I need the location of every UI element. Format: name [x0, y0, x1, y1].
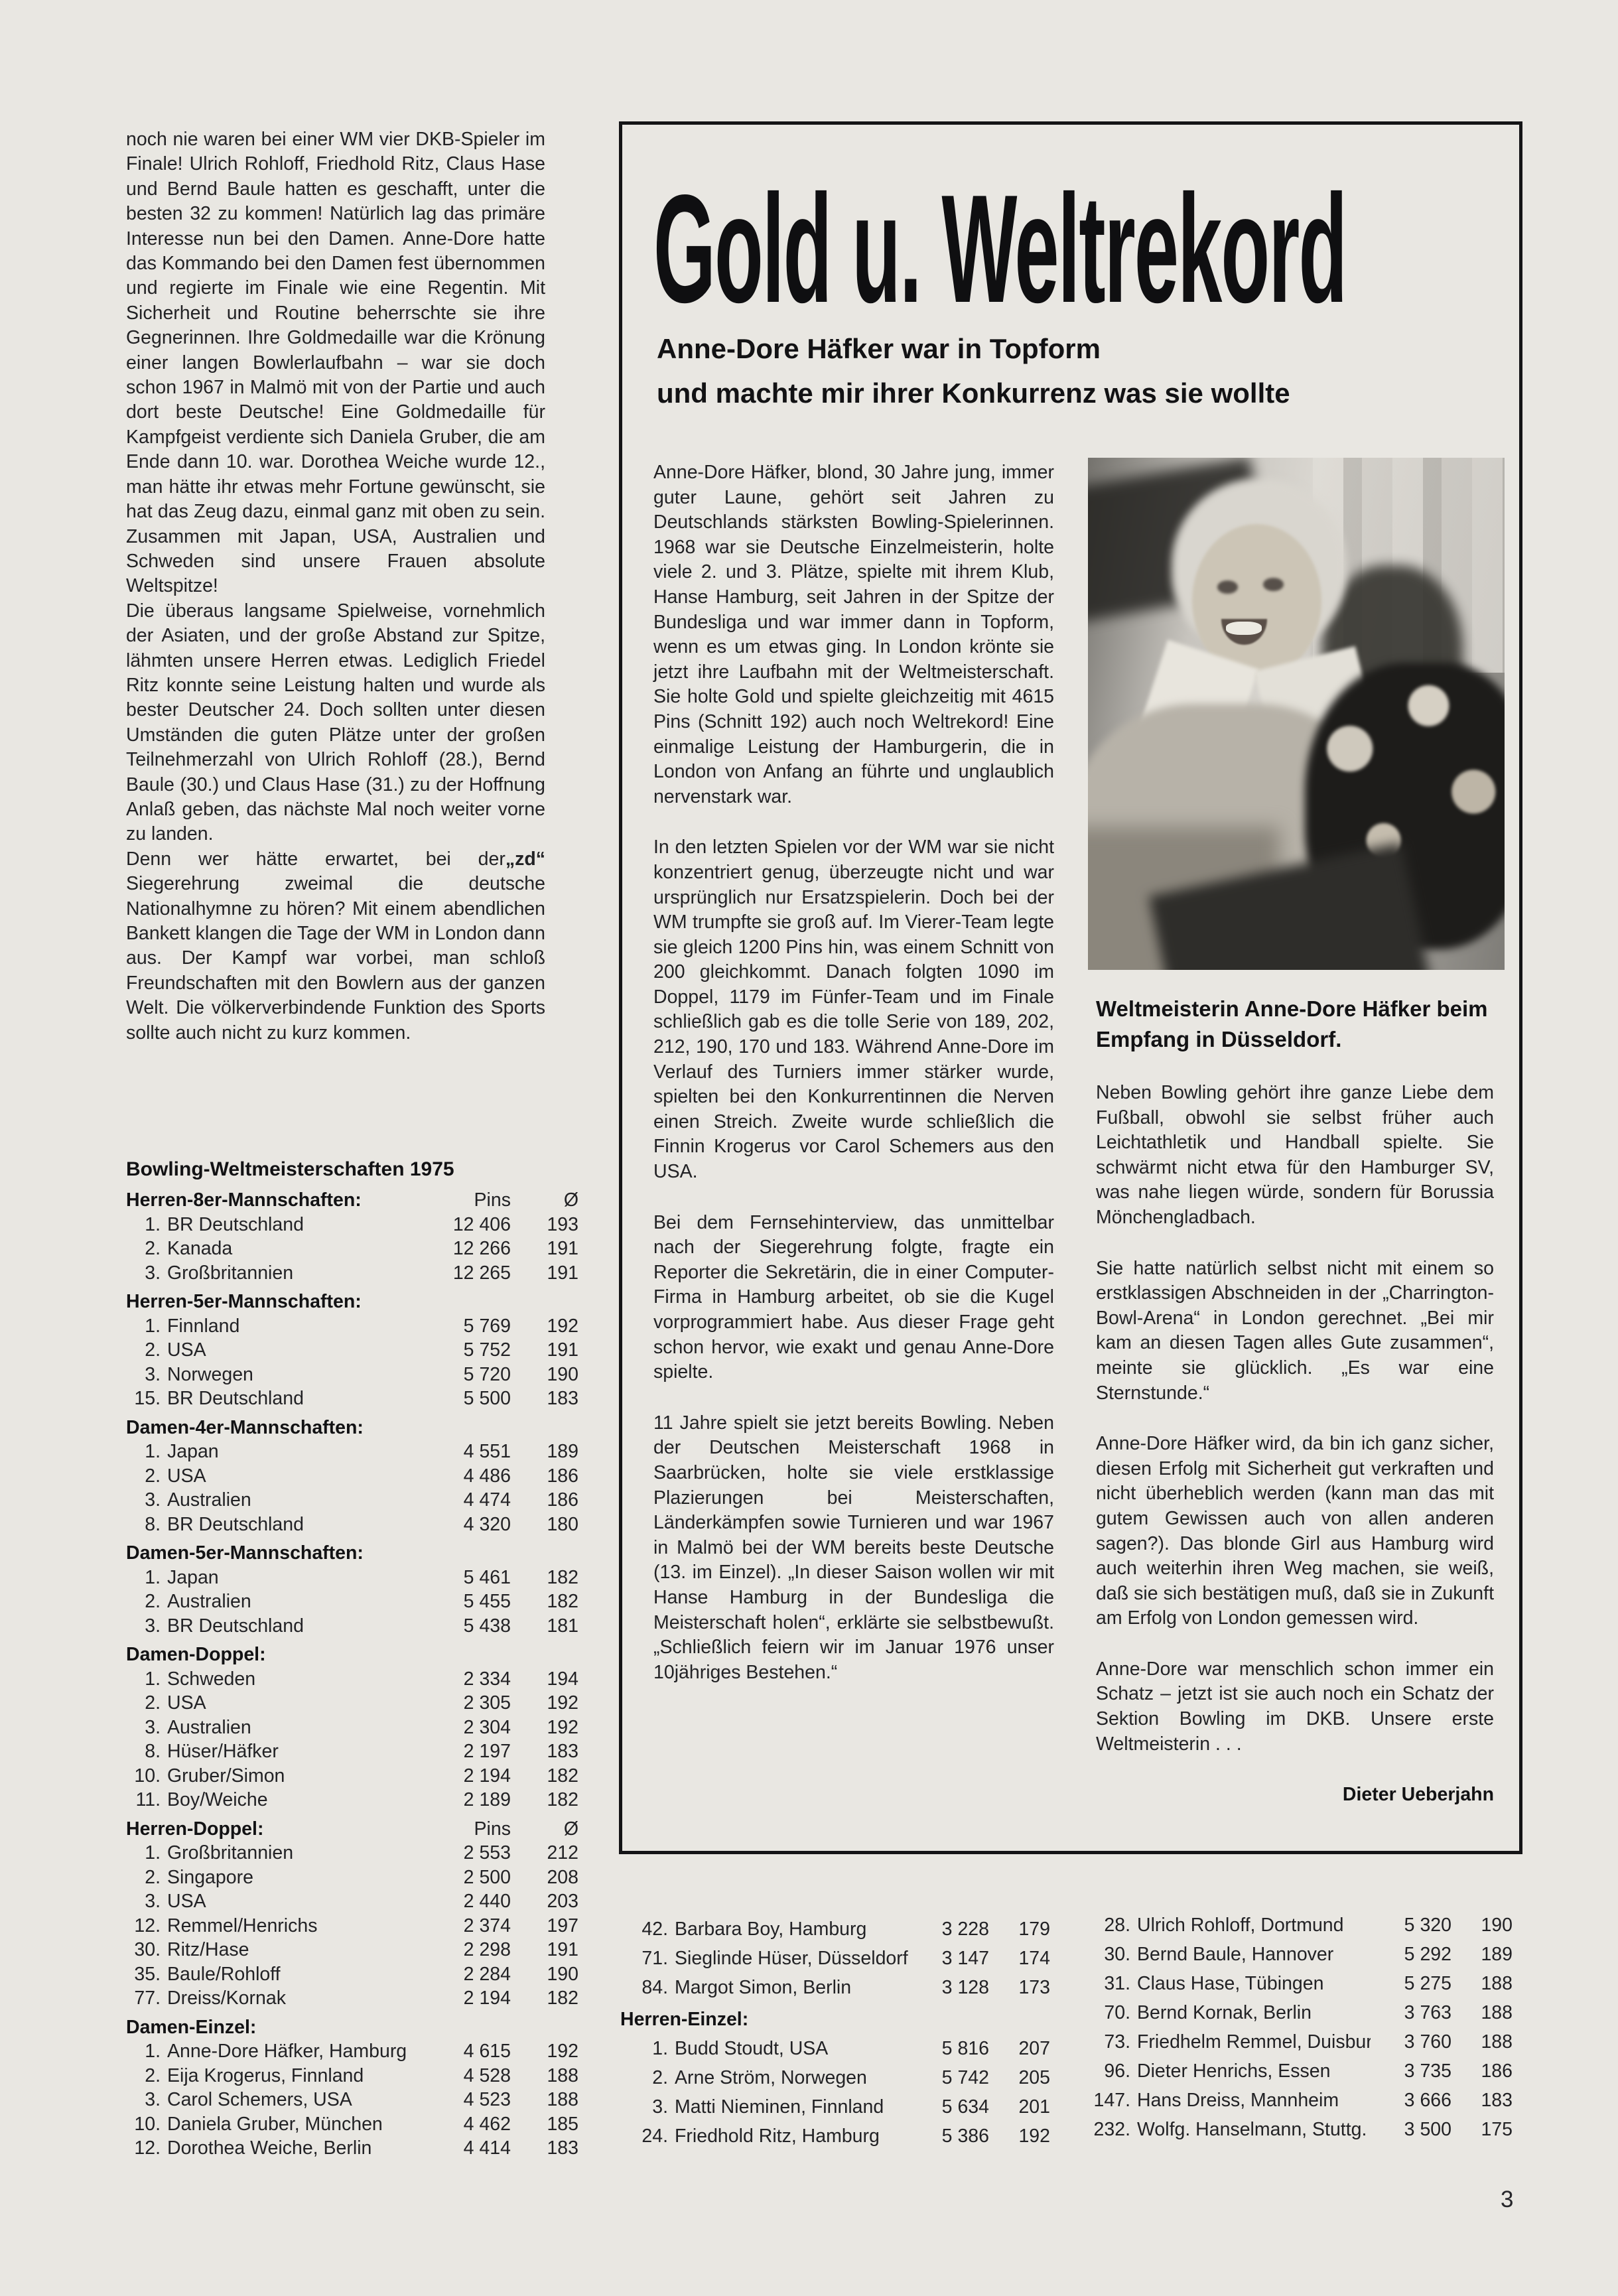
name-cell: Friedhelm Remmel, Duisburg [1137, 2027, 1371, 2057]
table-row: 1.BR Deutschland12 406193 [126, 1213, 578, 1237]
avg-cell: 192 [517, 1716, 578, 1740]
avg-cell: 180 [517, 1513, 578, 1537]
avg-header [517, 2015, 578, 2040]
name-cell: BR Deutschland [167, 1614, 426, 1639]
table-row: 1.Finnland5 769192 [126, 1314, 578, 1339]
name-cell: Friedhold Ritz, Hamburg [675, 2122, 908, 2151]
table-row: 8.Hüser/Häfker2 197183 [126, 1739, 578, 1764]
avg-cell: 191 [517, 1338, 578, 1363]
rank-cell: 147. [1083, 2086, 1130, 2115]
table-row: 3.BR Deutschland5 438181 [126, 1614, 578, 1639]
pins-cell: 3 128 [915, 1973, 989, 2002]
name-cell: Gruber/Simon [167, 1764, 426, 1789]
pins-cell: 2 194 [433, 1986, 511, 2011]
avg-cell: 207 [996, 2034, 1050, 2063]
article-right-column: Weltmeisterin Anne-Dore Häfker beim Empf… [1096, 994, 1494, 1834]
article-middle-column: Anne-Dore Häfker, blond, 30 Jahre jung, … [653, 460, 1054, 1711]
avg-cell: 188 [517, 2088, 578, 2112]
table-row: 42.Barbara Boy, Hamburg3 228179 [620, 1915, 1050, 1944]
pins-cell: 3 228 [915, 1915, 989, 1944]
section-header: Damen-Doppel: [126, 1643, 578, 1667]
table-row: 30.Ritz/Hase2 298191 [126, 1938, 578, 1962]
table-row: 35.Baule/Rohloff2 284190 [126, 1962, 578, 1987]
pins-cell: 2 553 [433, 1841, 511, 1865]
pins-cell: 4 551 [433, 1440, 511, 1464]
table-row: 77.Dreiss/Kornak2 194182 [126, 1986, 578, 2011]
table-row: 15.BR Deutschland5 500183 [126, 1386, 578, 1411]
section-title: Herren-Doppel: [126, 1817, 426, 1842]
table-row: 70.Bernd Kornak, Berlin3 763188 [1083, 1998, 1513, 2027]
avg-header [517, 1416, 578, 1440]
table-row: 1.Schweden2 334194 [126, 1667, 578, 1692]
avg-header [996, 2002, 1050, 2034]
rank-cell: 12. [126, 2136, 161, 2161]
avg-cell: 192 [517, 1314, 578, 1339]
table-row: 71.Sieglinde Hüser, Düsseldorf3 147174 [620, 1944, 1050, 1973]
rank-cell: 2. [126, 1865, 161, 1890]
section-header: Damen-4er-Mannschaften: [126, 1416, 578, 1440]
rank-cell: 3. [620, 2092, 668, 2122]
table-row: 1.Budd Stoudt, USA5 816207 [620, 2034, 1050, 2063]
pins-cell: 5 275 [1377, 1969, 1451, 1998]
table-row: 2.USA2 305192 [126, 1691, 578, 1716]
name-cell: Sieglinde Hüser, Düsseldorf [675, 1944, 908, 1973]
name-cell: Japan [167, 1566, 426, 1590]
pins-cell: 2 304 [433, 1716, 511, 1740]
rank-cell: 3. [126, 1889, 161, 1914]
subtitle-line-2: und machte mir ihrer Konkurrenz was sie … [657, 371, 1290, 415]
section-header: Herren-8er-Mannschaften: Pins Ø [126, 1188, 578, 1213]
avg-cell: 186 [517, 1464, 578, 1489]
avg-cell: 192 [517, 1691, 578, 1716]
pins-cell: 2 194 [433, 1764, 511, 1789]
name-cell: Anne-Dore Häfker, Hamburg [167, 2039, 426, 2064]
pins-cell: 2 500 [433, 1865, 511, 1890]
name-cell: Daniela Gruber, München [167, 2112, 426, 2137]
pins-cell: 5 816 [915, 2034, 989, 2063]
rank-cell: 1. [126, 1566, 161, 1590]
rank-cell: 42. [620, 1915, 668, 1944]
pins-cell: 4 615 [433, 2039, 511, 2064]
paragraph: Anne-Dore Häfker, blond, 30 Jahre jung, … [653, 460, 1054, 809]
name-cell: Remmel/Henrichs [167, 1914, 426, 1938]
article-headline: Gold u. Weltrekord [653, 171, 1346, 328]
paragraph: Die überaus langsame Spielweise, vornehm… [126, 599, 545, 847]
rank-cell: 30. [1083, 1940, 1130, 1969]
name-cell: Australien [167, 1488, 426, 1513]
pins-cell: 4 474 [433, 1488, 511, 1513]
section-title: Herren-5er-Mannschaften: [126, 1290, 426, 1314]
avg-cell: 182 [517, 1764, 578, 1789]
name-cell: Ritz/Hase [167, 1938, 426, 1962]
rank-cell: 3. [126, 1716, 161, 1740]
rank-cell: 1. [126, 2039, 161, 2064]
rank-cell: 8. [126, 1739, 161, 1764]
author-initials: „zd“ [506, 847, 545, 872]
bottom-table-left: 42.Barbara Boy, Hamburg3 228179 71.Siegl… [620, 1915, 1050, 2151]
paragraph: In den letzten Spielen vor der WM war si… [653, 835, 1054, 1184]
table-row: 232.Wolfg. Hanselmann, Stuttg.3 500175 [1083, 2115, 1513, 2144]
avg-cell: 182 [517, 1589, 578, 1614]
avg-cell: 203 [517, 1889, 578, 1914]
table-row: 2.Arne Ström, Norwegen5 742205 [620, 2063, 1050, 2092]
name-cell: Boy/Weiche [167, 1788, 426, 1812]
section-header: Damen-5er-Mannschaften: [126, 1541, 578, 1566]
table-row: 10.Daniela Gruber, München4 462185 [126, 2112, 578, 2137]
subtitle-line-1: Anne-Dore Häfker war in Topform [657, 326, 1290, 371]
avg-cell: 182 [517, 1566, 578, 1590]
name-cell: Australien [167, 1589, 426, 1614]
avg-cell: 183 [1458, 2086, 1513, 2115]
avg-cell: 191 [517, 1261, 578, 1286]
name-cell: Claus Hase, Tübingen [1137, 1969, 1371, 1998]
table-row: 2.Eija Krogerus, Finnland4 528188 [126, 2064, 578, 2088]
name-cell: USA [167, 1464, 426, 1489]
name-cell: Margot Simon, Berlin [675, 1973, 908, 2002]
pins-cell: 3 760 [1377, 2027, 1451, 2057]
avg-header [517, 1541, 578, 1566]
rank-cell: 10. [126, 2112, 161, 2137]
table-row: 2.USA4 486186 [126, 1464, 578, 1489]
name-cell: Carol Schemers, USA [167, 2088, 426, 2112]
pins-cell: 2 305 [433, 1691, 511, 1716]
pins-cell: 4 528 [433, 2064, 511, 2088]
avg-cell: 188 [517, 2064, 578, 2088]
avg-cell: 175 [1458, 2115, 1513, 2144]
pins-cell: 5 455 [433, 1589, 511, 1614]
avg-cell: 183 [517, 2136, 578, 2161]
avg-cell: 174 [996, 1944, 1050, 1973]
name-cell: BR Deutschland [167, 1386, 426, 1411]
pins-header [433, 1643, 511, 1667]
pins-cell: 2 374 [433, 1914, 511, 1938]
name-cell: Baule/Rohloff [167, 1962, 426, 1987]
section-header: Herren-5er-Mannschaften: [126, 1290, 578, 1314]
pins-cell: 3 735 [1377, 2057, 1451, 2086]
name-cell: USA [167, 1691, 426, 1716]
rank-cell: 3. [126, 1614, 161, 1639]
rank-cell: 2. [126, 1237, 161, 1261]
avg-cell: 189 [517, 1440, 578, 1464]
name-cell: Bernd Baule, Hannover [1137, 1940, 1371, 1969]
pins-header [433, 1290, 511, 1314]
table-row: 31.Claus Hase, Tübingen5 275188 [1083, 1969, 1513, 1998]
pins-cell: 3 500 [1377, 2115, 1451, 2144]
avg-header [517, 1290, 578, 1314]
avg-cell: 192 [996, 2122, 1050, 2151]
table-row: 147.Hans Dreiss, Mannheim3 666183 [1083, 2086, 1513, 2115]
section-title: Damen-Doppel: [126, 1643, 426, 1667]
rank-cell: 71. [620, 1944, 668, 1973]
paragraph-text: Denn wer hätte erwartet, bei der Siegere… [126, 848, 545, 1044]
page-number: 3 [1501, 2187, 1513, 2213]
pins-cell: 5 292 [1377, 1940, 1451, 1969]
avg-header: Ø [517, 1188, 578, 1213]
table-row: 12.Remmel/Henrichs2 374197 [126, 1914, 578, 1938]
paragraph: Anne-Dore war menschlich schon immer ein… [1096, 1657, 1494, 1757]
avg-header [517, 1643, 578, 1667]
table-row: 8.BR Deutschland4 320180 [126, 1513, 578, 1537]
pins-cell: 5 769 [433, 1314, 511, 1339]
rank-cell: 3. [126, 2088, 161, 2112]
rank-cell: 77. [126, 1986, 161, 2011]
table-row: 3.Carol Schemers, USA4 523188 [126, 2088, 578, 2112]
name-cell: USA [167, 1889, 426, 1914]
pins-header: Pins [433, 1817, 511, 1842]
rank-cell: 70. [1083, 1998, 1130, 2027]
pins-cell: 5 320 [1377, 1911, 1451, 1940]
rank-cell: 35. [126, 1962, 161, 1987]
name-cell: Eija Krogerus, Finnland [167, 2064, 426, 2088]
table-row: 28.Ulrich Rohloff, Dortmund5 320190 [1083, 1911, 1513, 1940]
section-title: Damen-5er-Mannschaften: [126, 1541, 426, 1566]
table-row: 84.Margot Simon, Berlin3 128173 [620, 1973, 1050, 2002]
name-cell: Australien [167, 1716, 426, 1740]
rank-cell: 10. [126, 1764, 161, 1789]
paragraph: 11 Jahre spielt sie jetzt bereits Bowlin… [653, 1411, 1054, 1686]
rank-cell: 1. [126, 1440, 161, 1464]
rank-cell: 15. [126, 1386, 161, 1411]
avg-cell: 179 [996, 1915, 1050, 1944]
avg-cell: 208 [517, 1865, 578, 1890]
results-title: Bowling-Weltmeisterschaften 1975 [126, 1156, 578, 1183]
rank-cell: 1. [620, 2034, 668, 2063]
paragraph: Anne-Dore Häfker wird, da bin ich ganz s… [1096, 1432, 1494, 1631]
avg-cell: 205 [996, 2063, 1050, 2092]
pins-cell: 2 284 [433, 1962, 511, 1987]
pins-cell: 3 763 [1377, 1998, 1451, 2027]
pins-header [433, 2015, 511, 2040]
name-cell: Finnland [167, 1314, 426, 1339]
pins-cell: 5 752 [433, 1338, 511, 1363]
name-cell: Hüser/Häfker [167, 1739, 426, 1764]
avg-cell: 190 [1458, 1911, 1513, 1940]
name-cell: Japan [167, 1440, 426, 1464]
name-cell: Barbara Boy, Hamburg [675, 1915, 908, 1944]
author-name: Dieter Ueberjahn [1096, 1783, 1494, 1808]
name-cell: Ulrich Rohloff, Dortmund [1137, 1911, 1371, 1940]
rank-cell: 2. [126, 2064, 161, 2088]
table-row: 73.Friedhelm Remmel, Duisburg3 760188 [1083, 2027, 1513, 2057]
section-title: Damen-4er-Mannschaften: [126, 1416, 426, 1440]
rank-cell: 12. [126, 1914, 161, 1938]
section-header: Herren-Doppel: Pins Ø [126, 1817, 578, 1842]
pins-cell: 4 320 [433, 1513, 511, 1537]
table-row: 2.USA5 752191 [126, 1338, 578, 1363]
table-row: 11.Boy/Weiche2 189182 [126, 1788, 578, 1812]
avg-cell: 192 [517, 2039, 578, 2064]
rank-cell: 1. [126, 1667, 161, 1692]
pins-cell: 5 500 [433, 1386, 511, 1411]
photo-caption: Weltmeisterin Anne-Dore Häfker beim Empf… [1096, 994, 1494, 1055]
pins-cell: 5 634 [915, 2092, 989, 2122]
table-row: 3.Großbritannien12 265191 [126, 1261, 578, 1286]
paragraph: „zd“Denn wer hätte erwartet, bei der Sie… [126, 847, 545, 1046]
avg-cell: 188 [1458, 1969, 1513, 1998]
rank-cell: 2. [126, 1589, 161, 1614]
table-row: 1.Japan5 461182 [126, 1566, 578, 1590]
photo-shape [1226, 622, 1262, 635]
rank-cell: 2. [126, 1691, 161, 1716]
avg-cell: 189 [1458, 1940, 1513, 1969]
pins-cell: 5 438 [433, 1614, 511, 1639]
avg-cell: 186 [517, 1488, 578, 1513]
avg-cell: 188 [1458, 1998, 1513, 2027]
pins-cell: 5 720 [433, 1363, 511, 1387]
pins-cell: 4 462 [433, 2112, 511, 2137]
section-title: Herren-8er-Mannschaften: [126, 1188, 426, 1213]
section-header: Damen-Einzel: [126, 2015, 578, 2040]
avg-cell: 183 [517, 1739, 578, 1764]
table-row: 96.Dieter Henrichs, Essen3 735186 [1083, 2057, 1513, 2086]
table-row: 2.Australien5 455182 [126, 1589, 578, 1614]
rank-cell: 84. [620, 1973, 668, 2002]
magazine-page: noch nie waren bei einer WM vier DKB-Spi… [0, 0, 1618, 2296]
name-cell: Bernd Kornak, Berlin [1137, 1998, 1371, 2027]
name-cell: Großbritannien [167, 1261, 426, 1286]
rank-cell: 2. [620, 2063, 668, 2092]
paragraph: noch nie waren bei einer WM vier DKB-Spi… [126, 127, 545, 599]
rank-cell: 73. [1083, 2027, 1130, 2057]
pins-cell: 2 197 [433, 1739, 511, 1764]
paragraph: Sie hatte natürlich selbst nicht mit ein… [1096, 1256, 1494, 1406]
pins-cell: 5 386 [915, 2122, 989, 2151]
name-cell: Dreiss/Kornak [167, 1986, 426, 2011]
section-title: Damen-Einzel: [126, 2015, 426, 2040]
rank-cell: 11. [126, 1788, 161, 1812]
avg-cell: 193 [517, 1213, 578, 1237]
table-row: 3.Australien2 304192 [126, 1716, 578, 1740]
name-cell: Großbritannien [167, 1841, 426, 1865]
section-title: Herren-Einzel: [620, 2005, 908, 2034]
avg-cell: 188 [1458, 2027, 1513, 2057]
table-row: 10.Gruber/Simon2 194182 [126, 1764, 578, 1789]
avg-cell: 182 [517, 1986, 578, 2011]
rank-cell: 30. [126, 1938, 161, 1962]
rank-cell: 1. [126, 1841, 161, 1865]
name-cell: Matti Nieminen, Finnland [675, 2092, 908, 2122]
name-cell: Kanada [167, 1237, 426, 1261]
bottom-table-right: 28.Ulrich Rohloff, Dortmund5 320190 30.B… [1083, 1911, 1513, 2144]
name-cell: Singapore [167, 1865, 426, 1890]
results-tables: Bowling-Weltmeisterschaften 1975 Herren-… [126, 1156, 578, 2161]
table-row: 2.Singapore2 500208 [126, 1865, 578, 1890]
rank-cell: 232. [1083, 2115, 1130, 2144]
pins-header [915, 2002, 989, 2034]
left-text-column: noch nie waren bei einer WM vier DKB-Spi… [126, 127, 545, 1046]
avg-cell: 182 [517, 1788, 578, 1812]
name-cell: Wolfg. Hanselmann, Stuttg. [1137, 2115, 1371, 2144]
pins-cell: 12 266 [433, 1237, 511, 1261]
paragraph: Bei dem Fernsehinterview, das unmittelba… [653, 1211, 1054, 1385]
photo-anne-dore [1088, 458, 1505, 970]
pins-cell: 2 189 [433, 1788, 511, 1812]
avg-cell: 197 [517, 1914, 578, 1938]
avg-header: Ø [517, 1817, 578, 1842]
table-row: 1.Japan4 551189 [126, 1440, 578, 1464]
pins-cell: 12 406 [433, 1213, 511, 1237]
article-subtitle: Anne-Dore Häfker war in Topform und mach… [657, 326, 1290, 415]
avg-cell: 201 [996, 2092, 1050, 2122]
avg-cell: 190 [517, 1962, 578, 1987]
name-cell: Dorothea Weiche, Berlin [167, 2136, 426, 2161]
table-row: 3.USA2 440203 [126, 1889, 578, 1914]
rank-cell: 3. [126, 1261, 161, 1286]
table-row: 24.Friedhold Ritz, Hamburg5 386192 [620, 2122, 1050, 2151]
name-cell: Norwegen [167, 1363, 426, 1387]
rank-cell: 28. [1083, 1911, 1130, 1940]
pins-cell: 5 742 [915, 2063, 989, 2092]
pins-cell: 3 666 [1377, 2086, 1451, 2115]
rank-cell: 1. [126, 1314, 161, 1339]
avg-cell: 212 [517, 1841, 578, 1865]
rank-cell: 2. [126, 1464, 161, 1489]
rank-cell: 1. [126, 1213, 161, 1237]
pins-cell: 5 461 [433, 1566, 511, 1590]
section-header: Herren-Einzel: [620, 2002, 1050, 2034]
pins-cell: 4 414 [433, 2136, 511, 2161]
name-cell: Hans Dreiss, Mannheim [1137, 2086, 1371, 2115]
table-row: 3.Norwegen5 720190 [126, 1363, 578, 1387]
avg-cell: 190 [517, 1363, 578, 1387]
pins-header [433, 1416, 511, 1440]
avg-cell: 173 [996, 1973, 1050, 2002]
pins-cell: 2 440 [433, 1889, 511, 1914]
pins-header [433, 1541, 511, 1566]
rank-cell: 2. [126, 1338, 161, 1363]
pins-cell: 3 147 [915, 1944, 989, 1973]
table-row: 3.Matti Nieminen, Finnland5 634201 [620, 2092, 1050, 2122]
avg-cell: 183 [517, 1386, 578, 1411]
name-cell: Arne Ström, Norwegen [675, 2063, 908, 2092]
rank-cell: 3. [126, 1363, 161, 1387]
rank-cell: 3. [126, 1488, 161, 1513]
avg-cell: 186 [1458, 2057, 1513, 2086]
rank-cell: 8. [126, 1513, 161, 1537]
avg-cell: 185 [517, 2112, 578, 2137]
name-cell: BR Deutschland [167, 1213, 426, 1237]
name-cell: Schweden [167, 1667, 426, 1692]
avg-cell: 194 [517, 1667, 578, 1692]
pins-cell: 12 265 [433, 1261, 511, 1286]
table-row: 30.Bernd Baule, Hannover5 292189 [1083, 1940, 1513, 1969]
avg-cell: 191 [517, 1938, 578, 1962]
pins-cell: 2 298 [433, 1938, 511, 1962]
rank-cell: 31. [1083, 1969, 1130, 1998]
name-cell: USA [167, 1338, 426, 1363]
table-row: 1.Großbritannien2 553212 [126, 1841, 578, 1865]
name-cell: Dieter Henrichs, Essen [1137, 2057, 1371, 2086]
name-cell: BR Deutschland [167, 1513, 426, 1537]
rank-cell: 96. [1083, 2057, 1130, 2086]
paragraph: Neben Bowling gehört ihre ganze Liebe de… [1096, 1081, 1494, 1231]
pins-cell: 2 334 [433, 1667, 511, 1692]
rank-cell: 24. [620, 2122, 668, 2151]
table-row: 3.Australien4 474186 [126, 1488, 578, 1513]
pins-cell: 4 523 [433, 2088, 511, 2112]
name-cell: Budd Stoudt, USA [675, 2034, 908, 2063]
pins-header: Pins [433, 1188, 511, 1213]
table-row: 2.Kanada12 266191 [126, 1237, 578, 1261]
avg-cell: 181 [517, 1614, 578, 1639]
table-row: 12.Dorothea Weiche, Berlin4 414183 [126, 2136, 578, 2161]
table-row: 1.Anne-Dore Häfker, Hamburg4 615192 [126, 2039, 578, 2064]
pins-cell: 4 486 [433, 1464, 511, 1489]
avg-cell: 191 [517, 1237, 578, 1261]
